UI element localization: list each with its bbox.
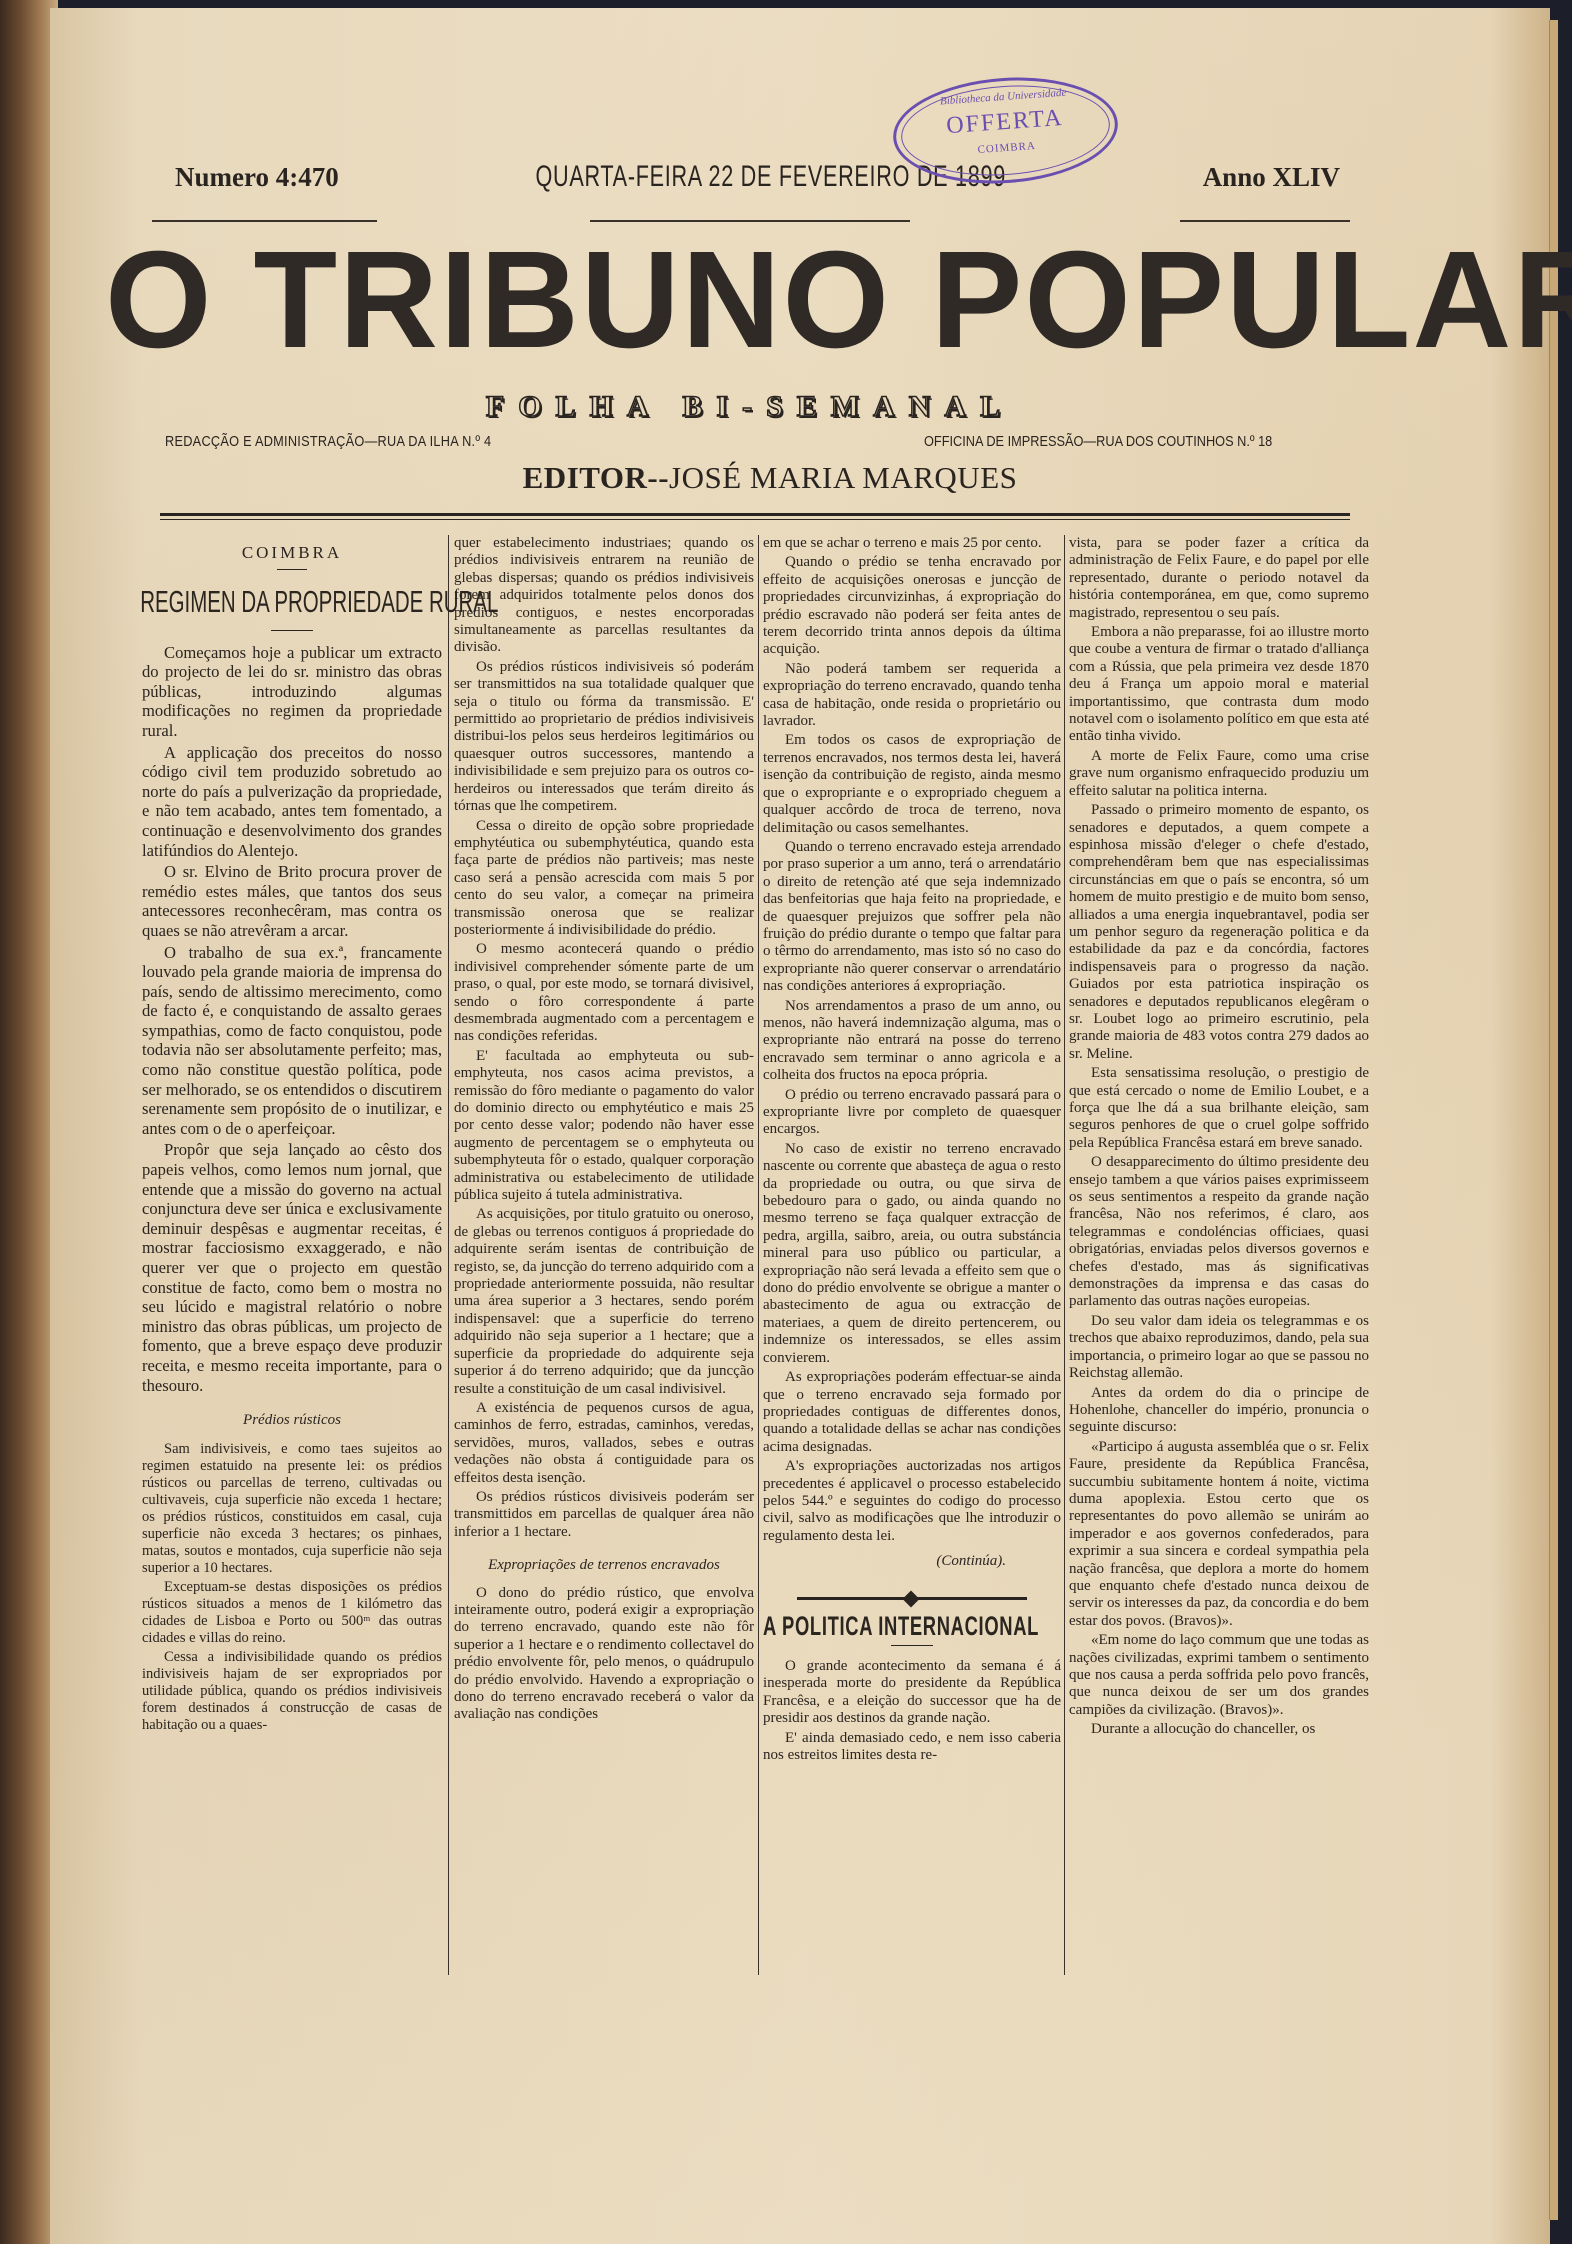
headline2-dash: [891, 1645, 933, 1646]
masthead-title: O TRIBUNO POPULAR: [388, 245, 1132, 355]
editor-line: EDITOR--JOSÉ MARIA MARQUES: [450, 460, 1090, 496]
paragraph: As expropriações poderám effectuar-se ai…: [763, 1369, 1061, 1456]
paragraph: Embora a não preparasse, foi ao illustre…: [1069, 624, 1369, 746]
paragraph: Exceptuam-se destas disposições os prédi…: [142, 1579, 442, 1647]
editor-name: JOSÉ MARIA MARQUES: [669, 460, 1017, 495]
paragraph: O dono do prédio rústico, que envolva in…: [454, 1585, 754, 1724]
section-heading-predios: Prédios rústicos: [142, 1411, 442, 1431]
address-printing: OFFICINA DE IMPRESSÃO—RUA DOS COUTINHOS …: [924, 433, 1272, 450]
paragraph: quer estabelecimento industriaes; quando…: [454, 535, 754, 657]
issue-number: Numero 4:470: [175, 162, 339, 193]
issue-year: Anno XLIV: [1203, 162, 1340, 193]
column-rule-2: [758, 535, 759, 1975]
kicker-dash: [277, 569, 307, 570]
masthead-rule-thin: [160, 519, 1350, 520]
column-2: quer estabelecimento industriaes; quando…: [454, 535, 754, 1985]
section-heading-expropriacoes: Expropriações de terrenos encravados: [454, 1557, 754, 1574]
paragraph: «Participo á augusta assembléa que o sr.…: [1069, 1439, 1369, 1630]
column-4: vista, para se poder fazer a crítica da …: [1069, 535, 1369, 1985]
column-3: em que se achar o terreno e mais 25 por …: [763, 535, 1061, 1985]
paragraph: Cessa o direito de opção sobre proprieda…: [454, 818, 754, 940]
paragraph: O sr. Elvino de Brito procura prover de …: [142, 862, 442, 940]
paragraph: A existéncia de pequenos cursos de agua,…: [454, 1400, 754, 1487]
paragraph: No caso de existir no terreno encravado …: [763, 1141, 1061, 1367]
paragraph: E' facultada ao emphyteuta ou sub-emphyt…: [454, 1048, 754, 1205]
article-headline: REGIMEN DA PROPRIEDADE RURAL: [140, 584, 444, 620]
stamp-main-text: OFFERTA: [895, 101, 1115, 143]
paragraph: E' ainda demasiado cedo, e nem isso cabe…: [763, 1730, 1061, 1765]
paragraph: A applicação dos preceitos do nosso códi…: [142, 743, 442, 861]
headline-dash: [271, 630, 313, 631]
column-rule-1: [448, 535, 449, 1975]
paragraph: Cessa a indivisibilidade quando os prédi…: [142, 1649, 442, 1734]
paragraph: A morte de Felix Faure, como uma crise g…: [1069, 748, 1369, 800]
paragraph: Os prédios rústicos divisiveis poderám s…: [454, 1489, 754, 1541]
paragraph: Durante a allocução do chanceller, os: [1069, 1721, 1369, 1738]
paragraph: Nos arrendamentos a praso de um anno, ou…: [763, 998, 1061, 1085]
masthead-subtitle: FOLHA BI-SEMANAL: [430, 390, 1070, 424]
paragraph: Quando o prédio se tenha encravado por e…: [763, 554, 1061, 658]
paragraph: Quando o terreno encravado esteja arrend…: [763, 839, 1061, 996]
paragraph: Não poderá tambem ser requerida a exprop…: [763, 661, 1061, 731]
paragraph: Propôr que seja lançado ao cêsto dos pap…: [142, 1140, 442, 1395]
paragraph: Antes da ordem do dia o principe de Hohe…: [1069, 1385, 1369, 1437]
paragraph: A's expropriações auctorizadas nos artig…: [763, 1458, 1061, 1545]
paragraph: O desapparecimento do último presidente …: [1069, 1154, 1369, 1311]
paragraph: Passado o primeiro momento de espanto, o…: [1069, 802, 1369, 1063]
editor-label: EDITOR--: [523, 460, 669, 495]
paragraph: Em todos os casos de expropriação de ter…: [763, 732, 1061, 836]
stamp-bottom-text: COIMBRA: [897, 134, 1116, 161]
continued-note: (Continúa).: [763, 1553, 1061, 1570]
paragraph: As acquisições, por titulo gratuito ou o…: [454, 1206, 754, 1397]
column-rule-3: [1064, 535, 1065, 1975]
paragraph: vista, para se poder fazer a crítica da …: [1069, 535, 1369, 622]
column-1: COIMBRA REGIMEN DA PROPRIEDADE RURAL Com…: [142, 535, 442, 1985]
paragraph: Esta sensatissima resolução, o prestigio…: [1069, 1065, 1369, 1152]
ornamental-divider: [797, 1597, 1027, 1600]
paragraph: O prédio ou terreno encravado passará pa…: [763, 1087, 1061, 1139]
paragraph: «Em nome do laço commum que une todas as…: [1069, 1632, 1369, 1719]
header-row: Numero 4:470 QUARTA-FEIRA 22 DE FEVEREIR…: [175, 160, 1340, 200]
masthead-rule: [160, 513, 1350, 516]
paragraph: em que se achar o terreno e mais 25 por …: [763, 535, 1061, 552]
paragraph: O trabalho de sua ex.ª, francamente louv…: [142, 943, 442, 1139]
article2-headline: A POLITICA INTERNACIONAL: [763, 1618, 966, 1635]
address-editorial: REDACÇÃO E ADMINISTRAÇÃO—RUA DA ILHA N.º…: [165, 433, 491, 450]
paragraph: Começamos hoje a publicar um extracto do…: [142, 643, 442, 741]
paragraph: Do seu valor dam ideia os telegrammas e …: [1069, 1313, 1369, 1383]
paragraph: Sam indivisiveis, e como taes sujeitos a…: [142, 1441, 442, 1577]
paragraph: Os prédios rústicos indivisiveis só pode…: [454, 659, 754, 816]
paragraph: O mesmo acontecerá quando o prédio indiv…: [454, 941, 754, 1045]
article-kicker: COIMBRA: [142, 543, 442, 563]
paragraph: O grande acontecimento da semana é á ine…: [763, 1658, 1061, 1728]
